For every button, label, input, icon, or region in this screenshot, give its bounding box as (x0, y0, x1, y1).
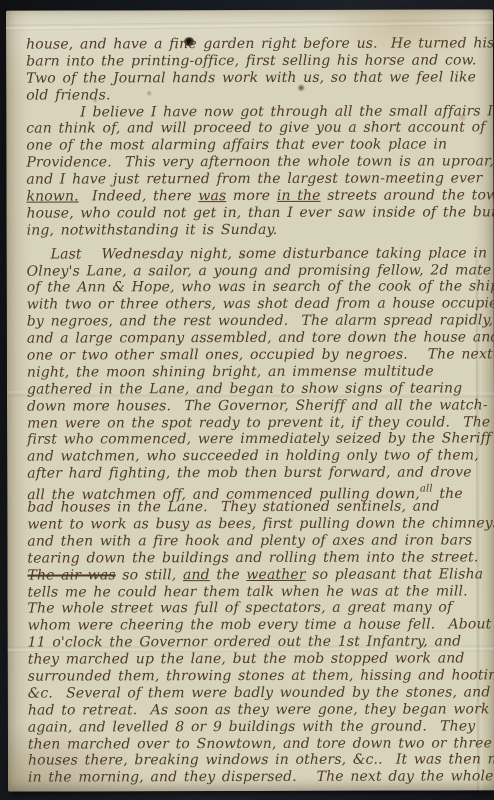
letter-line: Olney's Lane, a sailor, a young and prom… (27, 262, 492, 280)
letter-line: one or two other small ones, occupied by… (27, 346, 492, 364)
letter-text-segment: one of the most alarming affairs that ev… (26, 137, 447, 154)
letter-line: bad houses in the Lane. They stationed s… (27, 498, 492, 516)
underlined-text: known. (26, 188, 78, 204)
letter-line: with two or three others, was shot dead … (27, 296, 492, 314)
letter-line: after hard fighting, the mob then burst … (27, 465, 492, 483)
letter-line: surrounded them, throwing stones at them… (28, 667, 493, 685)
letter-text-segment: tearing down the buildings and rolling t… (27, 549, 478, 566)
letter-text-segment: after hard fighting, the mob then burst … (27, 465, 471, 482)
letter-text-segment: and I have just returned from the larges… (26, 171, 482, 188)
letter-text-segment: in the morning, and they dispersed. The … (28, 769, 494, 786)
underlined-text: and (183, 567, 210, 583)
letter-text-segment: ing, notwithstanding it is Sunday. (27, 222, 278, 239)
letter-line: of the Ann & Hope, who was in search of … (27, 279, 492, 297)
letter-line: tells me he could hear them talk when he… (27, 583, 492, 601)
letter-line: men were on the spot ready to prevent it… (27, 414, 492, 432)
letter-line: 11 o'clock the Governor ordered out the … (28, 634, 493, 652)
letter-line: Two of the Journal hands work with us, s… (26, 69, 491, 87)
letter-text-segment: with two or three others, was shot dead … (27, 296, 494, 313)
letter-line: The whole street was full of spectators,… (28, 600, 493, 618)
letter-line: whom were cheering the mob every time a … (28, 617, 493, 635)
letter-text-segment: of the Ann & Hope, who was in search of … (27, 279, 494, 296)
letter-line: ing, notwithstanding it is Sunday. (27, 221, 492, 239)
letter-text-segment: gathered in the Lane, and began to show … (27, 380, 462, 397)
letter-page: house, and have a fine garden right befo… (6, 9, 494, 791)
letter-text: house, and have a fine garden right befo… (26, 35, 493, 786)
letter-text-segment: Providence. This very afternoon the whol… (26, 154, 494, 171)
letter-text-segment: bad houses in the Lane. They stationed s… (27, 499, 439, 516)
letter-text-segment: barn into the printing-office, first sel… (26, 52, 477, 69)
letter-text-segment: Olney's Lane, a sailor, a young and prom… (27, 262, 492, 279)
struck-out-text: The air was (27, 567, 115, 583)
inserted-word-above-line: all (420, 484, 433, 495)
letter-text-segment: houses there, breaking windows in others… (28, 752, 494, 769)
letter-text-segment: streets around the town (321, 187, 494, 203)
letter-line: house, who could not get in, than I ever… (26, 204, 491, 222)
letter-line: by negroes, and the rest wounded. The al… (27, 313, 492, 331)
letter-line: first who commenced, were immediately se… (27, 431, 492, 449)
letter-text-segment: The whole street was full of spectators,… (28, 600, 453, 617)
letter-text-segment: house, who could not get in, than I ever… (26, 204, 494, 221)
letter-line: I believe I have now got through all the… (26, 103, 491, 121)
letter-line: The air was so still, and the weather so… (27, 566, 492, 584)
letter-text-segment: first who commenced, were immediately se… (27, 431, 491, 448)
letter-text-segment: and a large company assembled, and tore … (27, 329, 494, 346)
letter-line: barn into the printing-office, first sel… (26, 52, 491, 70)
letter-line: gathered in the Lane, and began to show … (27, 380, 492, 398)
letter-text-segment: 11 o'clock the Governor ordered out the … (28, 634, 462, 651)
letter-text-segment: can think of, and will proceed to give y… (26, 120, 485, 137)
letter-line: night, the moon shining bright, an immen… (27, 363, 492, 381)
letter-text-segment: the (210, 567, 247, 583)
underlined-text: weather (246, 566, 305, 582)
letter-text-segment: one or two other small ones, occupied by… (27, 346, 494, 363)
letter-text-segment: and watchmen, who succeeded in holding o… (27, 448, 479, 465)
letter-text-segment: went to work as busy as bees, first pull… (27, 515, 494, 532)
letter-text-segment: by negroes, and the rest wounded. The al… (27, 313, 493, 330)
letter-line: went to work as busy as bees, first pull… (27, 515, 492, 533)
letter-text-segment: tells me he could hear them talk when he… (27, 583, 467, 600)
letter-line: houses there, breaking windows in others… (28, 752, 493, 770)
letter-text-segment: night, the moon shining bright, an immen… (27, 363, 434, 380)
letter-text-segment: again, and levelled 8 or 9 buildings wit… (28, 718, 476, 735)
letter-line: tearing down the buildings and rolling t… (27, 549, 492, 567)
letter-text-segment: and then with a fire hook and plenty of … (27, 532, 472, 549)
letter-line: in the morning, and they dispersed. The … (28, 769, 493, 787)
letter-line: old friends. (26, 86, 491, 104)
letter-text-segment: house, and have a fine garden right befo… (26, 35, 494, 52)
underlined-text: was (198, 188, 226, 204)
letter-text-segment: then marched over to Snowtown, and tore … (28, 735, 492, 752)
letter-line: had to retreat. As soon as they were gon… (28, 701, 493, 719)
letter-line: again, and levelled 8 or 9 buildings wit… (28, 718, 493, 736)
letter-line: then marched over to Snowtown, and tore … (28, 735, 493, 753)
letter-text-segment: &c. Several of them were badly wounded b… (28, 684, 494, 701)
letter-text-segment: whom were cheering the mob every time a … (28, 617, 492, 634)
letter-line: all the watchmen off, and commenced pull… (27, 482, 492, 500)
photo-background: house, and have a fine garden right befo… (0, 0, 494, 800)
letter-text-segment: old friends. (26, 87, 110, 103)
letter-text-segment: Last Wednesday night, some disturbance t… (51, 245, 488, 262)
letter-text-segment: so still, (116, 567, 183, 583)
letter-line: they marched up the lane, but the mob st… (28, 650, 493, 668)
fold-crease-top (6, 19, 493, 31)
letter-line: can think of, and will proceed to give y… (26, 120, 491, 138)
letter-line: and I have just returned from the larges… (26, 170, 491, 188)
letter-line: house, and have a fine garden right befo… (26, 35, 491, 53)
letter-line: &c. Several of them were badly wounded b… (28, 684, 493, 702)
letter-line: known. Indeed, there was more in the str… (26, 187, 491, 205)
letter-line: and a large company assembled, and tore … (27, 330, 492, 348)
letter-text-segment: men were on the spot ready to prevent it… (27, 414, 490, 431)
letter-line: Providence. This very afternoon the whol… (26, 154, 491, 172)
letter-text-segment: had to retreat. As soon as they were gon… (28, 701, 490, 718)
letter-text-segment: I believe I have now got through all the… (80, 103, 493, 120)
letter-text-segment: Two of the Journal hands work with us, s… (26, 69, 476, 86)
letter-line: and watchmen, who succeeded in holding o… (27, 448, 492, 466)
letter-text-segment: Indeed, there (79, 188, 199, 204)
letter-text-segment: so pleasant that Elisha (306, 566, 484, 582)
letter-text-segment: more (226, 188, 277, 204)
letter-line: Last Wednesday night, some disturbance t… (27, 245, 492, 263)
letter-text-segment: they marched up the lane, but the mob st… (28, 651, 465, 668)
letter-line: one of the most alarming affairs that ev… (26, 137, 491, 155)
letter-text-segment: surrounded them, throwing stones at them… (28, 667, 494, 684)
underlined-text: in the (277, 188, 321, 204)
letter-text-segment: down more houses. The Governor, Sheriff … (27, 397, 488, 414)
letter-line: down more houses. The Governor, Sheriff … (27, 397, 492, 415)
letter-line: and then with a fire hook and plenty of … (27, 532, 492, 550)
